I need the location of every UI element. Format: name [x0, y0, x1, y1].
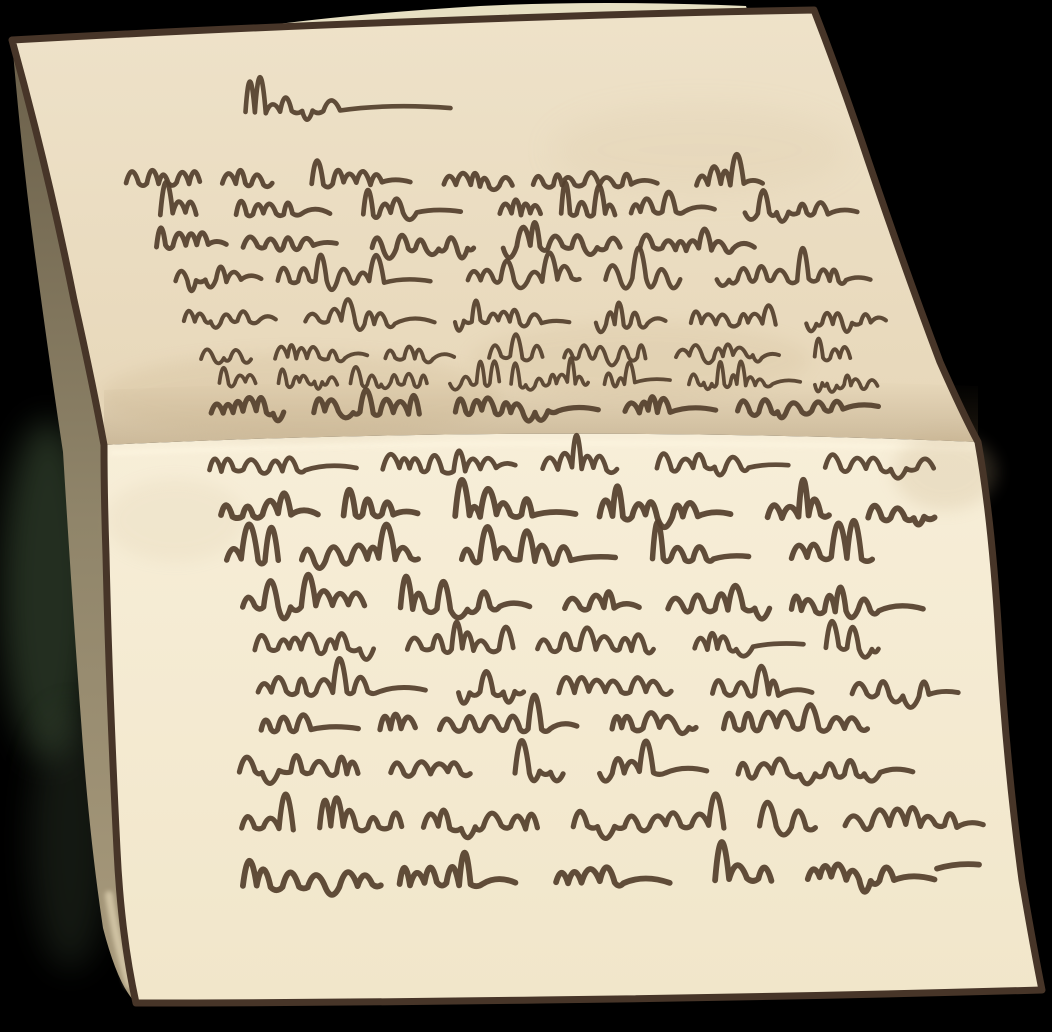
letter-illustration: Folded handwritten letter — [0, 0, 1052, 1032]
letter-illustration-stage: Folded handwritten letter — [0, 0, 1052, 1032]
paper-wash-patch — [105, 478, 245, 562]
paper-wash-patch — [100, 353, 500, 437]
